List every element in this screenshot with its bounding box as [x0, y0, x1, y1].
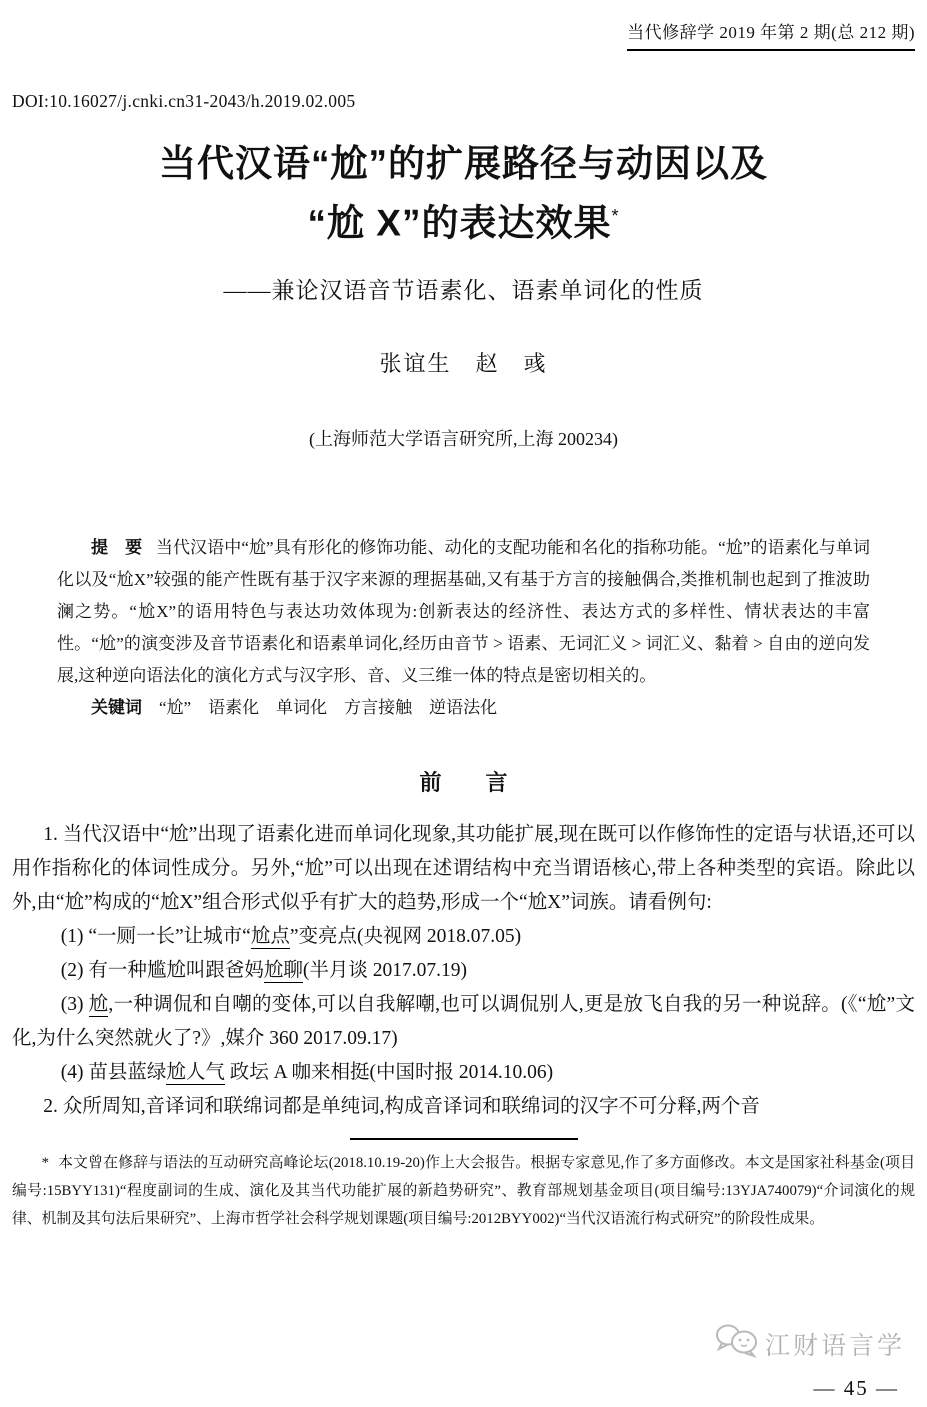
example-2-underlined-term: 尬聊	[264, 960, 303, 983]
example-sentence-2: (2) 有一种尴尬叫跟爸妈尬聊(半月谈 2017.07.19)	[12, 954, 915, 988]
body-paragraph-1: 1. 当代汉语中“尬”出现了语素化进而单词化现象,其功能扩展,现在既可以作修饰性…	[12, 818, 915, 920]
paper-title: 当代汉语“尬”的扩展路径与动因以及 “尬 X”的表达效果*	[12, 137, 915, 249]
example-2-post: (半月谈 2017.07.19)	[303, 960, 467, 981]
example-sentence-1: (1) “一厕一长”让城市“尬点”变亮点(央视网 2018.07.05)	[12, 920, 915, 954]
page: 当代修辞学 2019 年第 2 期(总 212 期) DOI:10.16027/…	[0, 0, 927, 1407]
example-1-pre: (1) “一厕一长”让城市“	[61, 926, 251, 947]
example-1-post: ”变亮点(央视网 2018.07.05)	[290, 926, 521, 947]
abstract-label: 提 要	[91, 538, 142, 557]
example-sentence-4: (4) 苗县蓝绿尬人气 政坛 A 咖来相挺(中国时报 2014.10.06)	[12, 1056, 915, 1090]
journal-header: 当代修辞学 2019 年第 2 期(总 212 期)	[12, 20, 915, 51]
example-3-underlined-term: 尬	[89, 994, 109, 1017]
watermark: 江财语言学	[715, 1322, 905, 1365]
watermark-logo-icon	[715, 1322, 759, 1365]
page-number: — 45 —	[814, 1376, 900, 1401]
journal-issue: 当代修辞学 2019 年第 2 期(总 212 期)	[627, 20, 915, 51]
keywords-label: 关键词	[91, 698, 142, 717]
example-4-underlined-term: 尬人气	[166, 1062, 225, 1085]
abstract-block: 提 要当代汉语中“尬”具有形化的修饰功能、动化的支配功能和名化的指称功能。“尬”…	[12, 532, 915, 724]
footnote-body: 本文曾在修辞与语法的互动研究高峰论坛(2018.10.19-20)作上大会报告。…	[12, 1155, 915, 1227]
footnote-separator	[350, 1138, 578, 1140]
paper-subtitle: ——兼论汉语音节语素化、语素单词化的性质	[12, 274, 915, 308]
example-4-post: 政坛 A 咖来相挺(中国时报 2014.10.06)	[225, 1062, 553, 1083]
paper-title-line-2: “尬 X”的表达效果	[308, 202, 612, 243]
footnote-marker: *	[42, 1155, 49, 1171]
example-4-pre: (4) 苗县蓝绿	[61, 1062, 167, 1083]
example-2-pre: (2) 有一种尴尬叫跟爸妈	[61, 960, 264, 981]
keywords-line: 关键词“尬” 语素化 单词化 方言接触 逆语法化	[57, 692, 870, 724]
authors-line: 张谊生 赵 彧	[12, 348, 915, 380]
footnote-text: *本文曾在修辞与语法的互动研究高峰论坛(2018.10.19-20)作上大会报告…	[12, 1149, 915, 1233]
body-text: 1. 当代汉语中“尬”出现了语素化进而单词化现象,其功能扩展,现在既可以作修饰性…	[12, 818, 915, 1124]
example-1-underlined-term: 尬点	[251, 926, 290, 949]
abstract-text: 当代汉语中“尬”具有形化的修饰功能、动化的支配功能和名化的指称功能。“尬”的语素…	[57, 538, 870, 685]
example-3-pre: (3)	[61, 994, 89, 1015]
example-sentence-3: (3) 尬,一种调侃和自嘲的变体,可以自我解嘲,也可以调侃别人,更是放飞自我的另…	[12, 988, 915, 1056]
section-heading: 前 言	[12, 768, 915, 798]
body-paragraph-2: 2. 众所周知,音译词和联绵词都是单纯词,构成音译词和联绵词的汉字不可分释,两个…	[12, 1090, 915, 1124]
abstract-paragraph: 提 要当代汉语中“尬”具有形化的修饰功能、动化的支配功能和名化的指称功能。“尬”…	[57, 532, 870, 692]
title-footnote-marker: *	[611, 206, 619, 226]
paper-title-line-1: 当代汉语“尬”的扩展路径与动因以及	[159, 143, 768, 184]
keywords-items: “尬” 语素化 单词化 方言接触 逆语法化	[159, 698, 497, 717]
doi-line: DOI:10.16027/j.cnki.cn31-2043/h.2019.02.…	[12, 89, 915, 113]
watermark-text: 江财语言学	[765, 1326, 905, 1362]
example-3-post: ,一种调侃和自嘲的变体,可以自我解嘲,也可以调侃别人,更是放飞自我的另一种说辞。…	[12, 994, 915, 1049]
affiliation-line: (上海师范大学语言研究所,上海 200234)	[12, 426, 915, 452]
footnote-block: *本文曾在修辞与语法的互动研究高峰论坛(2018.10.19-20)作上大会报告…	[12, 1149, 915, 1233]
